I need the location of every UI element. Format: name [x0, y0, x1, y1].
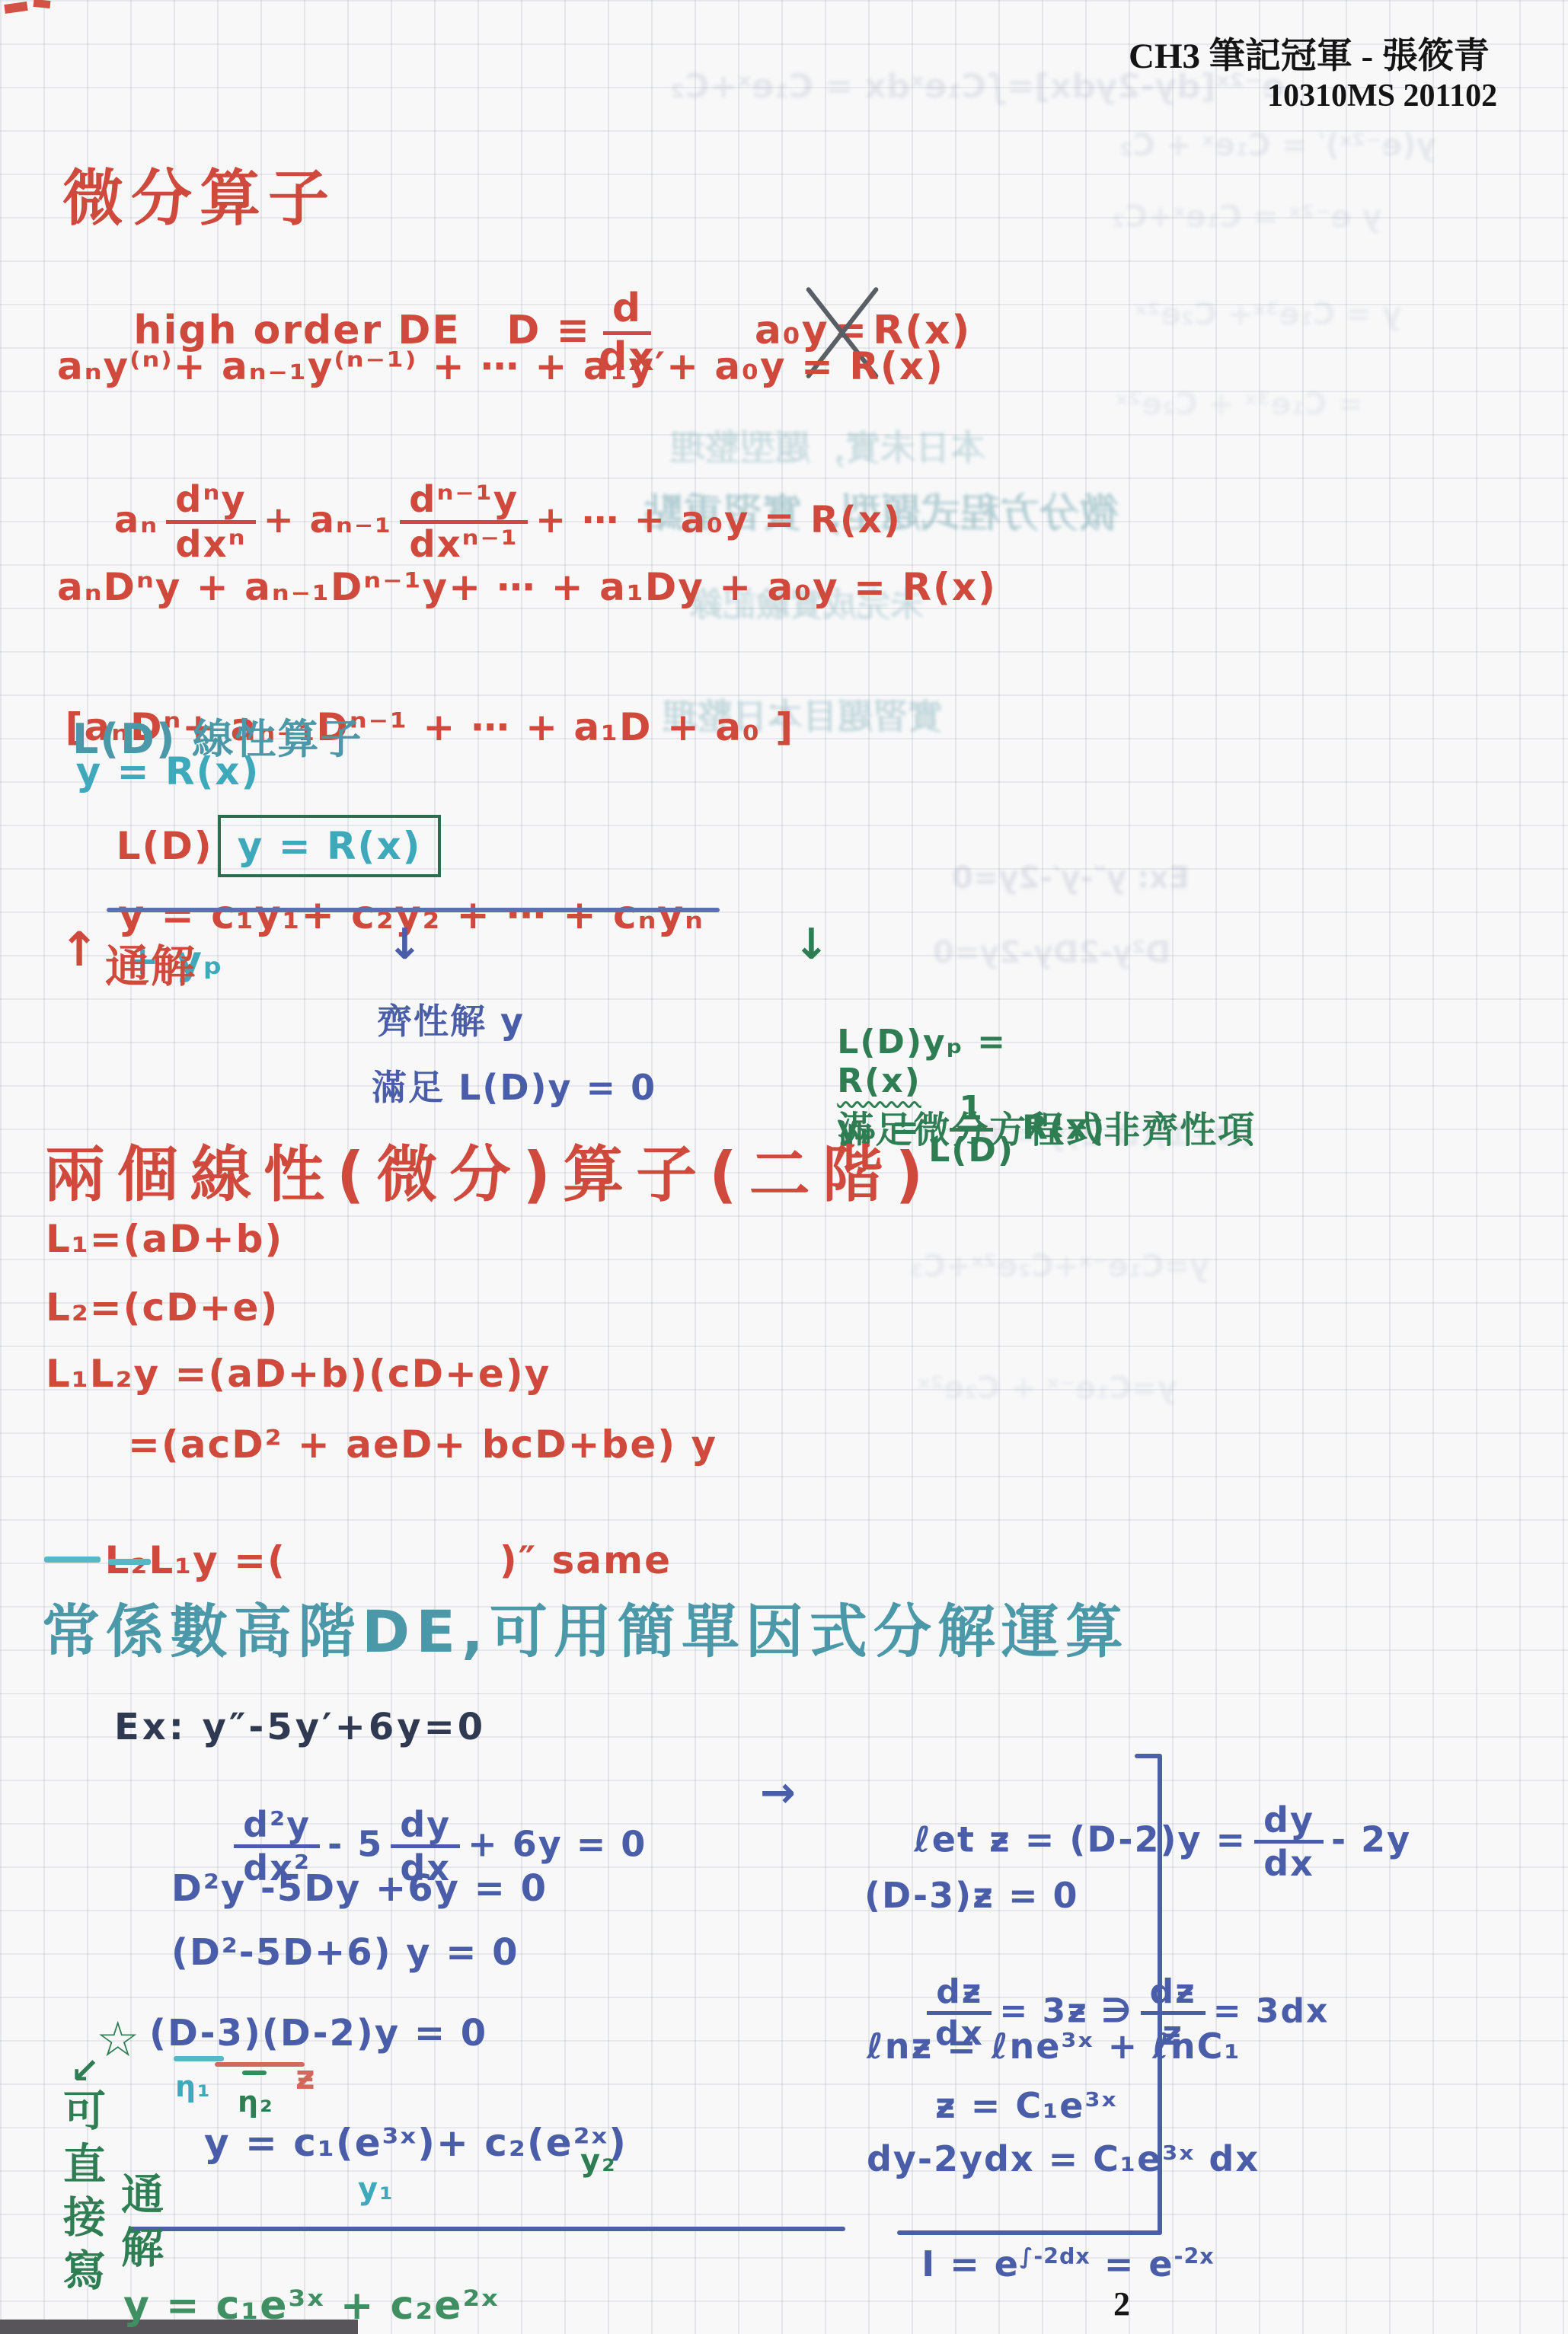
teal-dash [44, 1557, 101, 1563]
subst-step-5: ƶ = C₁e³ˣ [935, 2085, 1118, 2126]
label-z: ƶ [295, 2058, 317, 2097]
corner-ink-mark [34, 0, 51, 8]
label-linear-operator: L(D) 線性算子 [72, 707, 362, 765]
section-title: 微分算子 [62, 149, 337, 237]
label-eta2: η₂ [238, 2085, 274, 2118]
margin-note-secondary: 通解 [108, 2172, 169, 2294]
southwest-arrow-icon: ↙ [70, 2050, 101, 2091]
subst-step-3: dƶdx= 3ƶ ∋dƶƶ= 3dx [867, 1936, 1329, 2090]
bleedthrough-text: y=C₁e⁻ˣ+C₂e²ˣ+C₃ [910, 1249, 1209, 1284]
label-eta1: η₁ [175, 2070, 212, 2103]
formula-operator-form: aₙDⁿy + aₙ₋₁Dⁿ⁻¹y+ ⋯ + a₁Dy + a₀y = R(x) [57, 565, 997, 609]
bleedthrough-text: y=C₁e⁻ˣ + C₂e²ˣ [918, 1371, 1177, 1406]
formula-text: R(x) [1022, 1109, 1106, 1148]
fraction-dny-dxn: dⁿydxⁿ [166, 481, 256, 564]
red-underline [215, 2062, 305, 2067]
formula-l1l2: L₁L₂y =(aD+b)(cD+e)y [46, 1352, 551, 1396]
label-y1: y₁ [358, 2172, 394, 2207]
formula-text: ℓet ƶ = (D-2)y = [914, 1818, 1247, 1860]
formula-text: - 5 [327, 1823, 383, 1864]
formula-text: )″ same [500, 1538, 672, 1582]
blue-underline-long [129, 2227, 845, 2231]
formula-l2: L₂=(cD+e) [46, 1285, 279, 1330]
example-step-4-factored: (D-3)(D-2)y = 0 [149, 2012, 487, 2055]
formula-text: aₙ [114, 499, 158, 541]
formula-text: - 2y [1331, 1818, 1411, 1860]
fraction-1-over-lд: 1L(D) [928, 1091, 1014, 1168]
bleedthrough-text: y = C₁e³ˣ+ C₂e²ˣ [1135, 297, 1402, 332]
label-tongjie: 通解 [105, 931, 196, 995]
green-dash [242, 2071, 267, 2075]
label-satisfies-lд0: 滿足 L(D)y = 0 [372, 1060, 656, 1110]
subst-step-2: (D-3)ƶ = 0 [864, 1875, 1079, 1916]
example-heading: Ex: y″-5y′+6y=0 [114, 1706, 486, 1748]
fraction-dy-dx: dydx [1254, 1802, 1324, 1882]
fraction-dn1y-dxn1: dⁿ⁻¹ydxⁿ⁻¹ [400, 481, 528, 564]
teal-dash [108, 1559, 151, 1565]
formula-l1: L₁=(aD+b) [46, 1217, 283, 1261]
bleedthrough-text: Ex: y″-y′-2y=0 [952, 860, 1190, 896]
example-step-3: (D²-5D+6) y = 0 [171, 1931, 519, 1974]
subst-step-4: ℓnƶ = ℓne³ˣ + ℓnC₁ [867, 2026, 1241, 2067]
up-arrow-icon: ↑ [59, 921, 101, 977]
star-icon: ☆ [96, 2012, 141, 2068]
bleedthrough-text: = C₁e³ˣ + C₂e²ˣ [1116, 387, 1363, 422]
formula-expanded: =(acD² + aeD+ bcD+be) y [128, 1422, 717, 1467]
subst-step-6: dy-2ydx = C₁e³ˣ dx [867, 2138, 1260, 2179]
bleedthrough-text: D²y-2Dy-2y=0 [933, 935, 1170, 970]
subst-step-7: I = e∫-2dx = e-2x [867, 2202, 1215, 2326]
bleedthrough-text: y(e⁻²ˣ)′ = C₁eˣ + C₂ [1119, 128, 1436, 163]
formula-text: = e [1091, 2243, 1174, 2285]
general-solution-final: y = c₁e³ˣ + c₂e²ˣ [123, 2283, 500, 2329]
formula-text: I = e [921, 2243, 1020, 2285]
teal-underline [174, 2056, 224, 2061]
exponent: ∫-2dx [1020, 2244, 1091, 2269]
formula-text: + 6y = 0 [468, 1823, 647, 1864]
formula-general-de: aₙy⁽ⁿ⁾+ aₙ₋₁y⁽ⁿ⁻¹⁾ + ⋯ + a₁y′+ a₀y = R(x… [57, 344, 944, 388]
section-heading-operators: 兩個線性(微分)算子(二階) [44, 1125, 935, 1213]
down-arrow-icon: ↓ [387, 920, 424, 969]
bleedthrough-text: y e⁻²ˣ = C₁eˣ+C₂ [1112, 200, 1382, 235]
scanned-notebook-page: e⁻²ˣ[dy-2ydx]=∫C₁eˣdx = C₁eˣ+C₂ y(e⁻²ˣ)′… [0, 0, 1568, 2334]
right-arrow-icon: → [760, 1768, 797, 1818]
formula-text: + aₙ₋₁ [263, 499, 393, 541]
exponent: -2x [1174, 2244, 1215, 2269]
down-arrow-icon: ↓ [794, 920, 831, 969]
section-heading-factoring: 常係數高階DE,可用簡單因式分解運算 [42, 1585, 1129, 1668]
underline-general-solution [107, 908, 720, 912]
example-step-2: D²y -5Dy +6y = 0 [171, 1867, 548, 1910]
label-homogeneous-solution: 齊性解 y [377, 994, 525, 1044]
formula-high-order-de: high order DE D ≡ddxa₀y=R(x) [72, 242, 971, 423]
bracket-top-hook [1135, 1754, 1162, 1758]
formula-text: + ⋯ + a₀y = R(x) [535, 499, 902, 541]
page-title: CH3 筆記冠軍 - 張筱青 [1129, 27, 1490, 78]
corner-ink-mark [4, 2, 27, 14]
margin-note-primary: 可直接寫 [50, 2088, 111, 2332]
example-solution: y = c₁(e³ˣ)+ c₂(e²ˣ) [204, 2121, 628, 2165]
label-y2: y₂ [580, 2144, 617, 2179]
course-code: 10310MS 201102 [1267, 78, 1497, 114]
